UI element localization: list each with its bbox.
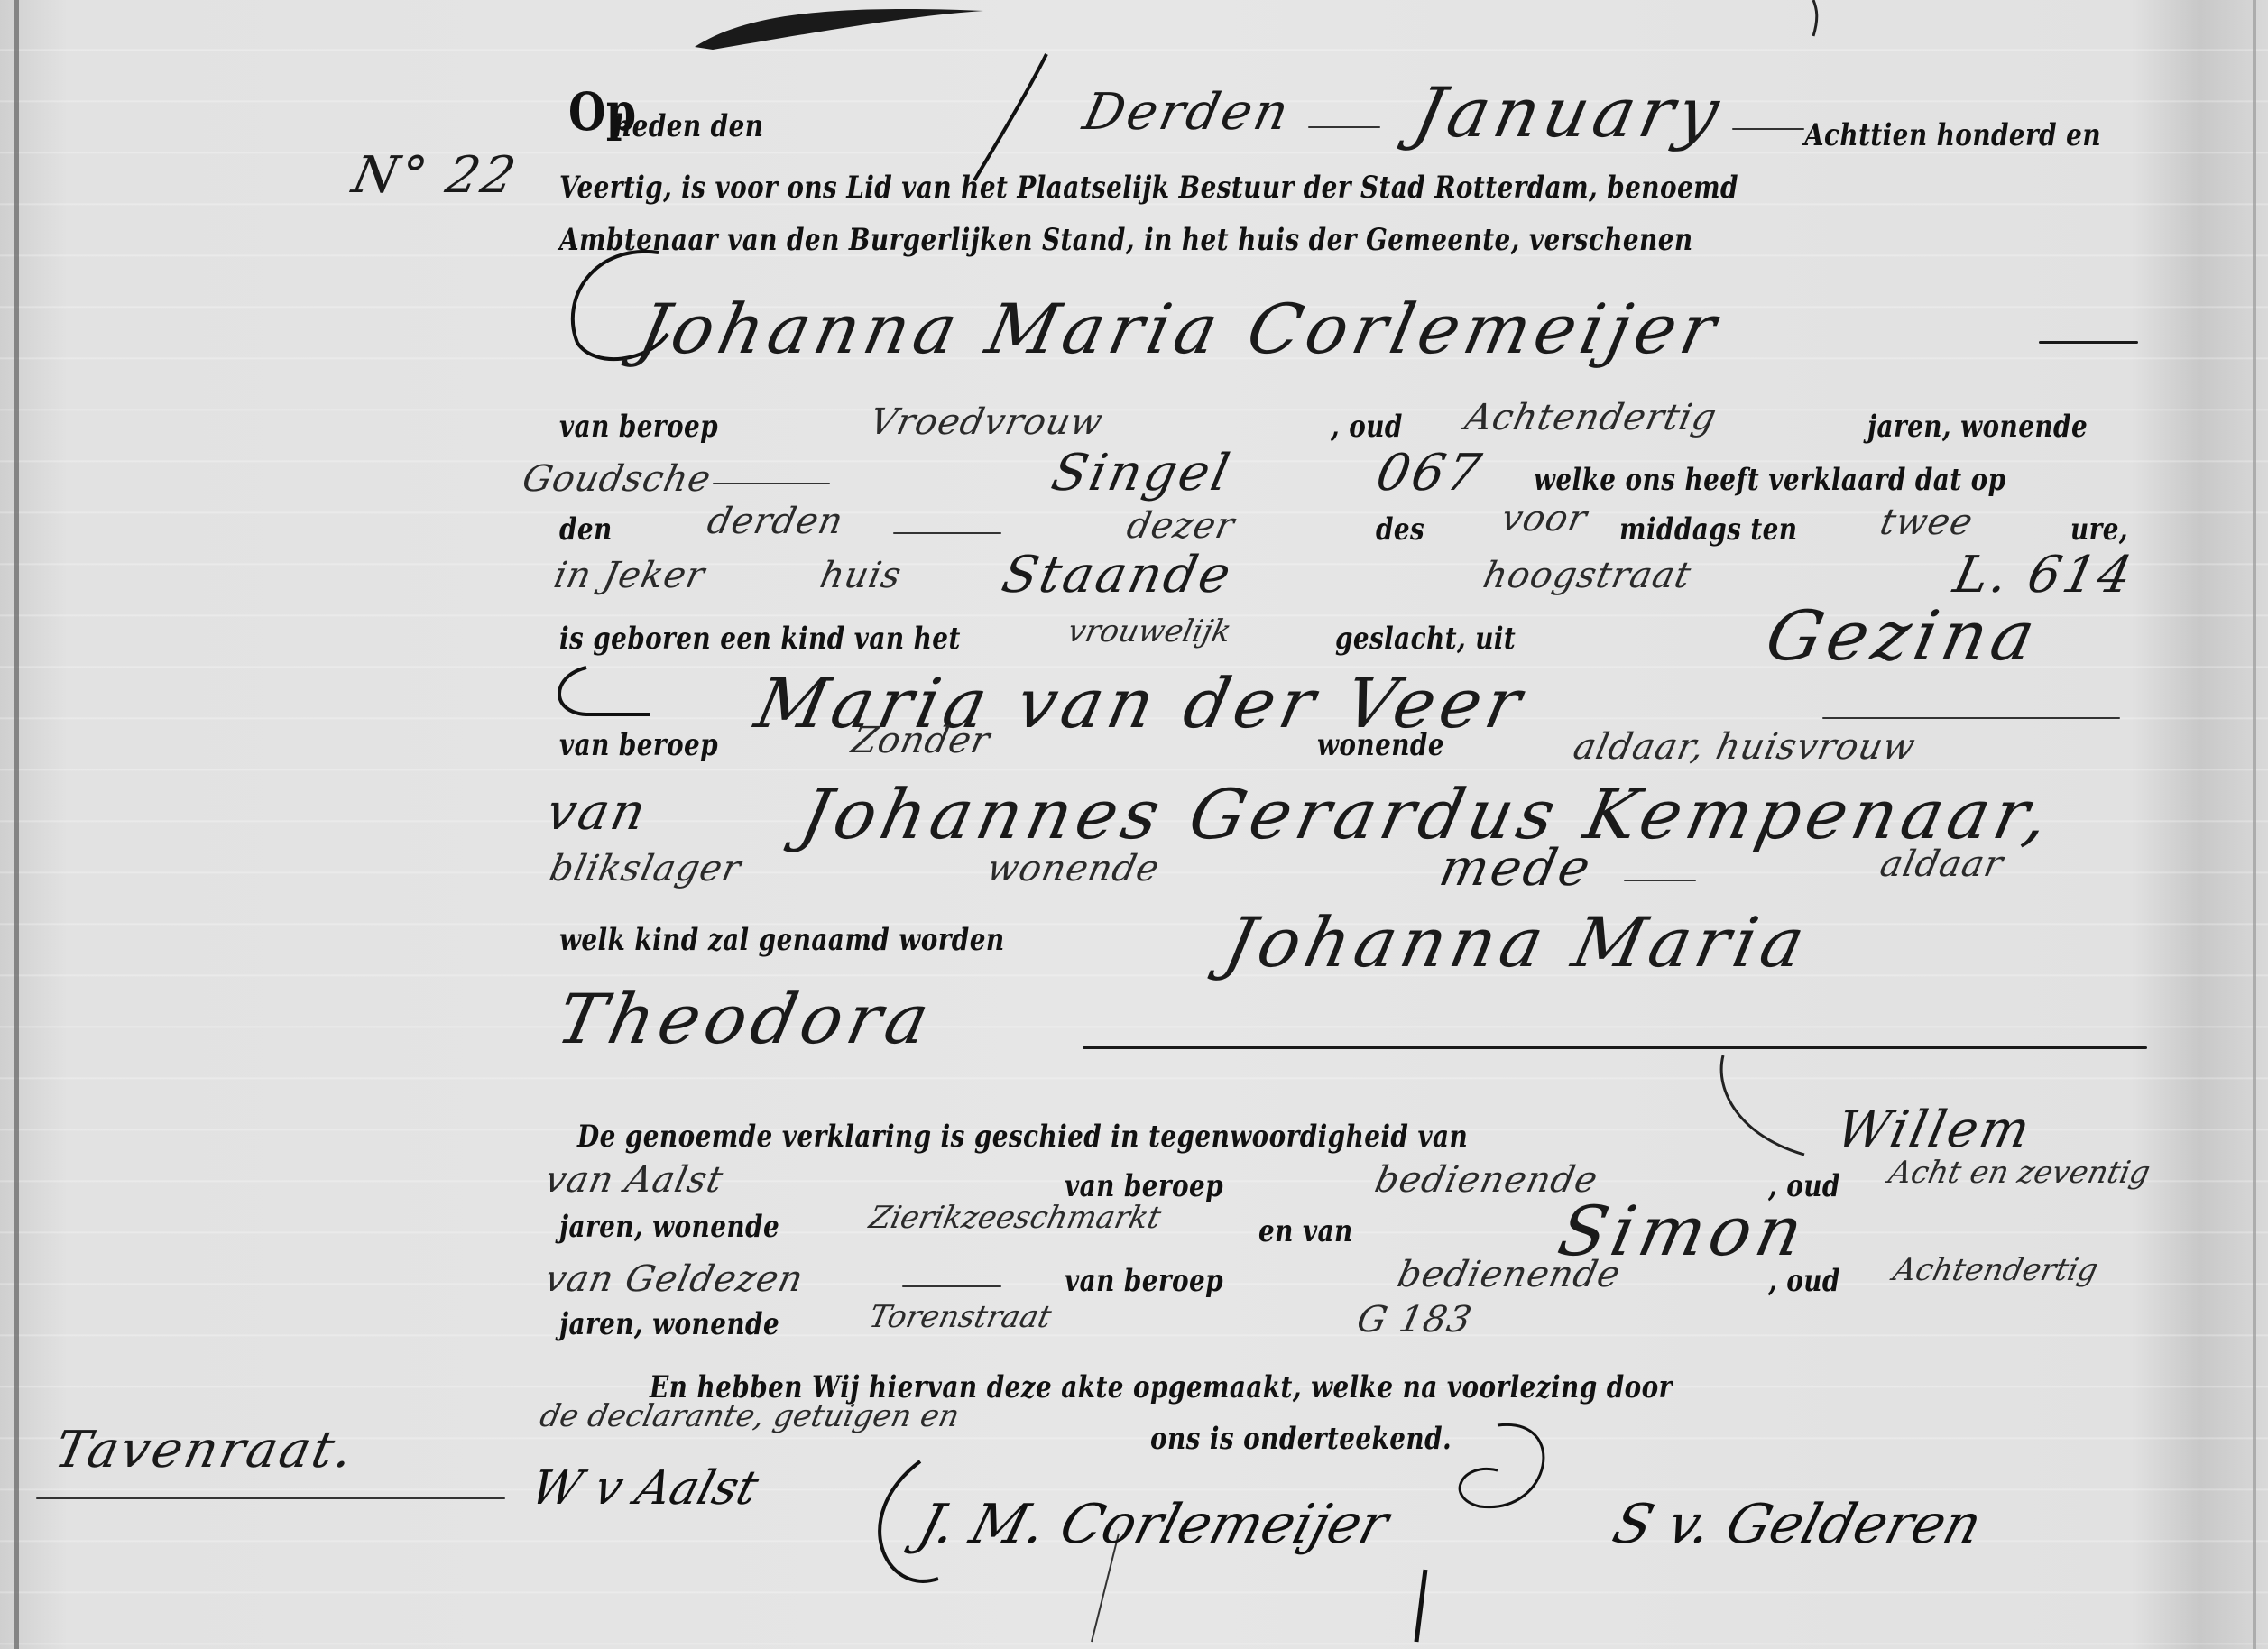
birth-place-c: Staande bbox=[997, 546, 1239, 604]
child-name-second: Theodora bbox=[550, 979, 941, 1059]
printed-jaren-wonende-3: jaren, wonende bbox=[559, 1209, 779, 1245]
mother-strikeline bbox=[1822, 717, 2120, 719]
top-flourish bbox=[686, 0, 992, 54]
witness1-first-name: Willem bbox=[1831, 1101, 2037, 1159]
printed-van-beroep-2: van beroep bbox=[559, 727, 718, 763]
father-residence-b: mede bbox=[1434, 839, 1598, 898]
printed-van-beroep-4: van beroep bbox=[1065, 1263, 1223, 1299]
witness2-house-no: G 183 bbox=[1353, 1299, 1476, 1340]
page-edge bbox=[2253, 0, 2256, 1649]
document-scan: N° 22 Tavenraat. Op heden den Derden Jan… bbox=[0, 0, 2268, 1649]
printed-welk-kind: welk kind zal genaamd worden bbox=[559, 922, 1005, 958]
declarant-singel: Singel bbox=[1046, 444, 1237, 502]
witness2-dash bbox=[902, 1285, 1001, 1287]
witness2-occupation: bedienende bbox=[1394, 1254, 1625, 1295]
street-dash bbox=[713, 483, 830, 484]
printed-line-5: welke ons heeft verklaard dat op bbox=[1534, 462, 2006, 498]
handwritten-month: January bbox=[1407, 72, 1731, 152]
birth-place-d: hoogstraat bbox=[1480, 555, 1695, 596]
child-sex: vrouwelijk bbox=[1065, 613, 1234, 649]
printed-jaren-wonende-1: jaren, wonende bbox=[1867, 409, 2088, 445]
witness1-age: Acht en zeventig bbox=[1885, 1155, 2153, 1191]
birth-hour: twee bbox=[1876, 502, 1977, 543]
printed-jaren-wonende-4: jaren, wonende bbox=[559, 1306, 779, 1342]
printed-den: den bbox=[559, 511, 613, 548]
father-name: Johannes Gerardus Kempenaar, bbox=[794, 774, 2061, 854]
signature-declarant: J. M. Corlemeijer bbox=[912, 1493, 1396, 1556]
mother-occupation: Zonder bbox=[848, 720, 994, 761]
name-line-dash bbox=[2039, 341, 2138, 344]
child-name-line bbox=[1083, 1046, 2147, 1049]
birth-time-prefix: voor bbox=[1498, 498, 1591, 539]
printed-middags-ten: middags ten bbox=[1619, 511, 1797, 548]
father-residence-c: aldaar bbox=[1876, 843, 2007, 885]
printed-en-van: en van bbox=[1258, 1213, 1353, 1249]
birth-day: derden bbox=[704, 501, 847, 542]
printed-year-prefix: Achttien honderd en bbox=[1804, 117, 2101, 153]
declarant-street: Goudsche bbox=[519, 458, 715, 500]
printed-line-10: De genoemde verklaring is geschied in te… bbox=[577, 1119, 1468, 1155]
signature-witness2: S v. Gelderen bbox=[1607, 1493, 1988, 1556]
birth-place-b: huis bbox=[816, 555, 906, 596]
handwritten-day: Derden bbox=[1078, 83, 1296, 142]
witness1-address: Zierikzeeschmarkt bbox=[866, 1200, 1164, 1236]
printed-oud-1: , oud bbox=[1331, 409, 1403, 445]
witness1-last-name: van Aalst bbox=[541, 1159, 727, 1201]
witness2-address: Torenstraat bbox=[866, 1299, 1055, 1335]
signature-witness1: W v Aalst bbox=[525, 1461, 764, 1515]
printed-line-3: Ambtenaar van den Burgerlijken Stand, in… bbox=[559, 222, 1693, 258]
margin-note: Tavenraat. bbox=[50, 1421, 361, 1479]
mede-dash bbox=[1624, 880, 1696, 881]
declarant-age: Achtendertig bbox=[1461, 397, 1720, 438]
birth-place-a: in Jeker bbox=[550, 555, 709, 596]
record-number: N° 22 bbox=[347, 146, 523, 205]
mother-name-flourish bbox=[550, 659, 659, 722]
top-right-flourish bbox=[1777, 0, 1849, 45]
father-residence-a: wonende bbox=[983, 848, 1164, 889]
day-dash bbox=[1308, 126, 1380, 128]
declarant-occupation: Vroedvrouw bbox=[866, 401, 1107, 443]
witness2-age: Achtendertig bbox=[1890, 1252, 2101, 1288]
printed-wonende-2: wonende bbox=[1317, 727, 1444, 763]
printed-line-2: Veertig, is voor ons Lid van het Plaatse… bbox=[559, 170, 1738, 206]
printed-oud-4: , oud bbox=[1768, 1263, 1840, 1299]
month-dash bbox=[1732, 128, 1804, 130]
printed-des: des bbox=[1376, 511, 1424, 548]
father-prefix: van bbox=[541, 783, 653, 842]
father-occupation: blikslager bbox=[546, 848, 745, 889]
declarant-house-no: 067 bbox=[1371, 444, 1489, 502]
margin-underline bbox=[36, 1497, 505, 1499]
printed-van-beroep-1: van beroep bbox=[559, 409, 718, 445]
left-margin-rule bbox=[14, 0, 19, 1649]
printed-is-geboren: is geboren een kind van het bbox=[559, 621, 961, 657]
date-slash bbox=[965, 54, 1056, 180]
printed-van-beroep-3: van beroep bbox=[1065, 1168, 1223, 1204]
birth-day-dash bbox=[893, 532, 1001, 534]
printed-ure: ure, bbox=[2070, 511, 2128, 548]
mother-residence: aldaar, huisvrouw bbox=[1570, 726, 1920, 768]
witness2-last-name: van Geldezen bbox=[541, 1258, 807, 1300]
printed-heden-den: heden den bbox=[613, 108, 763, 144]
printed-geslacht-uit: geslacht, uit bbox=[1335, 621, 1516, 657]
declarant-name: Johanna Maria Corlemeijer bbox=[632, 289, 1729, 369]
child-name-first: Johanna Maria bbox=[1218, 902, 1817, 982]
birth-month-word: dezer bbox=[1123, 505, 1239, 547]
witness-flourish bbox=[1714, 1055, 1822, 1164]
mother-first-name: Gezina bbox=[1759, 595, 2047, 676]
